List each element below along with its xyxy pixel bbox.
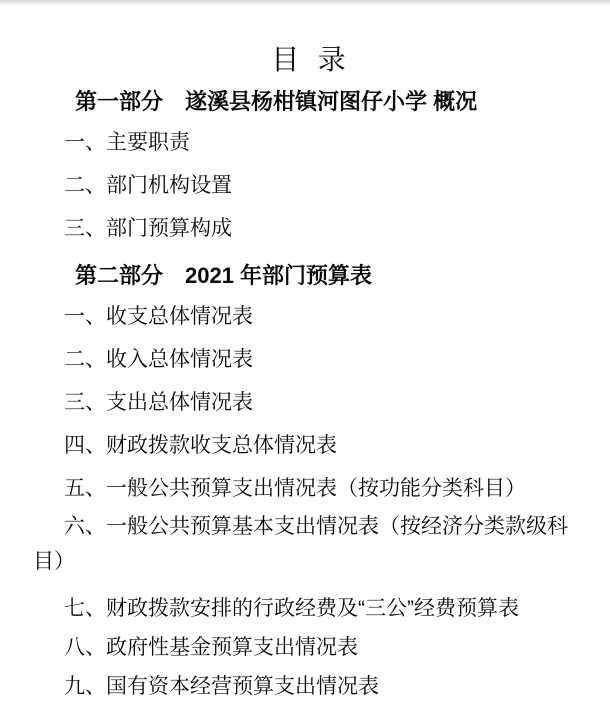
toc-item-s1-1: 一、主要职责 — [33, 125, 585, 160]
toc-item-s2-7: 七、财政拨款安排的行政经费及“三公”经费预算表 — [33, 591, 585, 626]
toc-item-s1-2: 二、部门机构设置 — [33, 168, 585, 203]
toc-item-s2-9: 九、国有资本经营预算支出情况表 — [33, 669, 585, 703]
toc-page: 目 录 第一部分 遂溪县杨柑镇河图仔小学 概况 一、主要职责 二、部门机构设置 … — [0, 0, 610, 703]
page-top-shade-divider — [0, 0, 610, 6]
toc-item-s2-6: 六、一般公共预算基本支出情况表（按经济分类款级科目） — [33, 509, 585, 579]
toc-item-s2-4: 四、财政拨款收支总体情况表 — [33, 428, 585, 463]
toc-item-s2-8: 八、政府性基金预算支出情况表 — [33, 630, 585, 665]
section-1-heading: 第一部分 遂溪县杨柑镇河图仔小学 概况 — [33, 84, 585, 119]
toc-item-s2-5: 五、一般公共预算支出情况表（按功能分类科目） — [33, 471, 585, 506]
page-title: 目 录 — [33, 44, 585, 76]
toc-item-s1-3: 三、部门预算构成 — [33, 211, 585, 246]
toc-item-s2-3: 三、支出总体情况表 — [33, 385, 585, 420]
section-2-heading: 第二部分 2021 年部门预算表 — [33, 258, 585, 293]
toc-item-s2-1: 一、收支总体情况表 — [33, 299, 585, 334]
toc-item-s2-2: 二、收入总体情况表 — [33, 342, 585, 377]
